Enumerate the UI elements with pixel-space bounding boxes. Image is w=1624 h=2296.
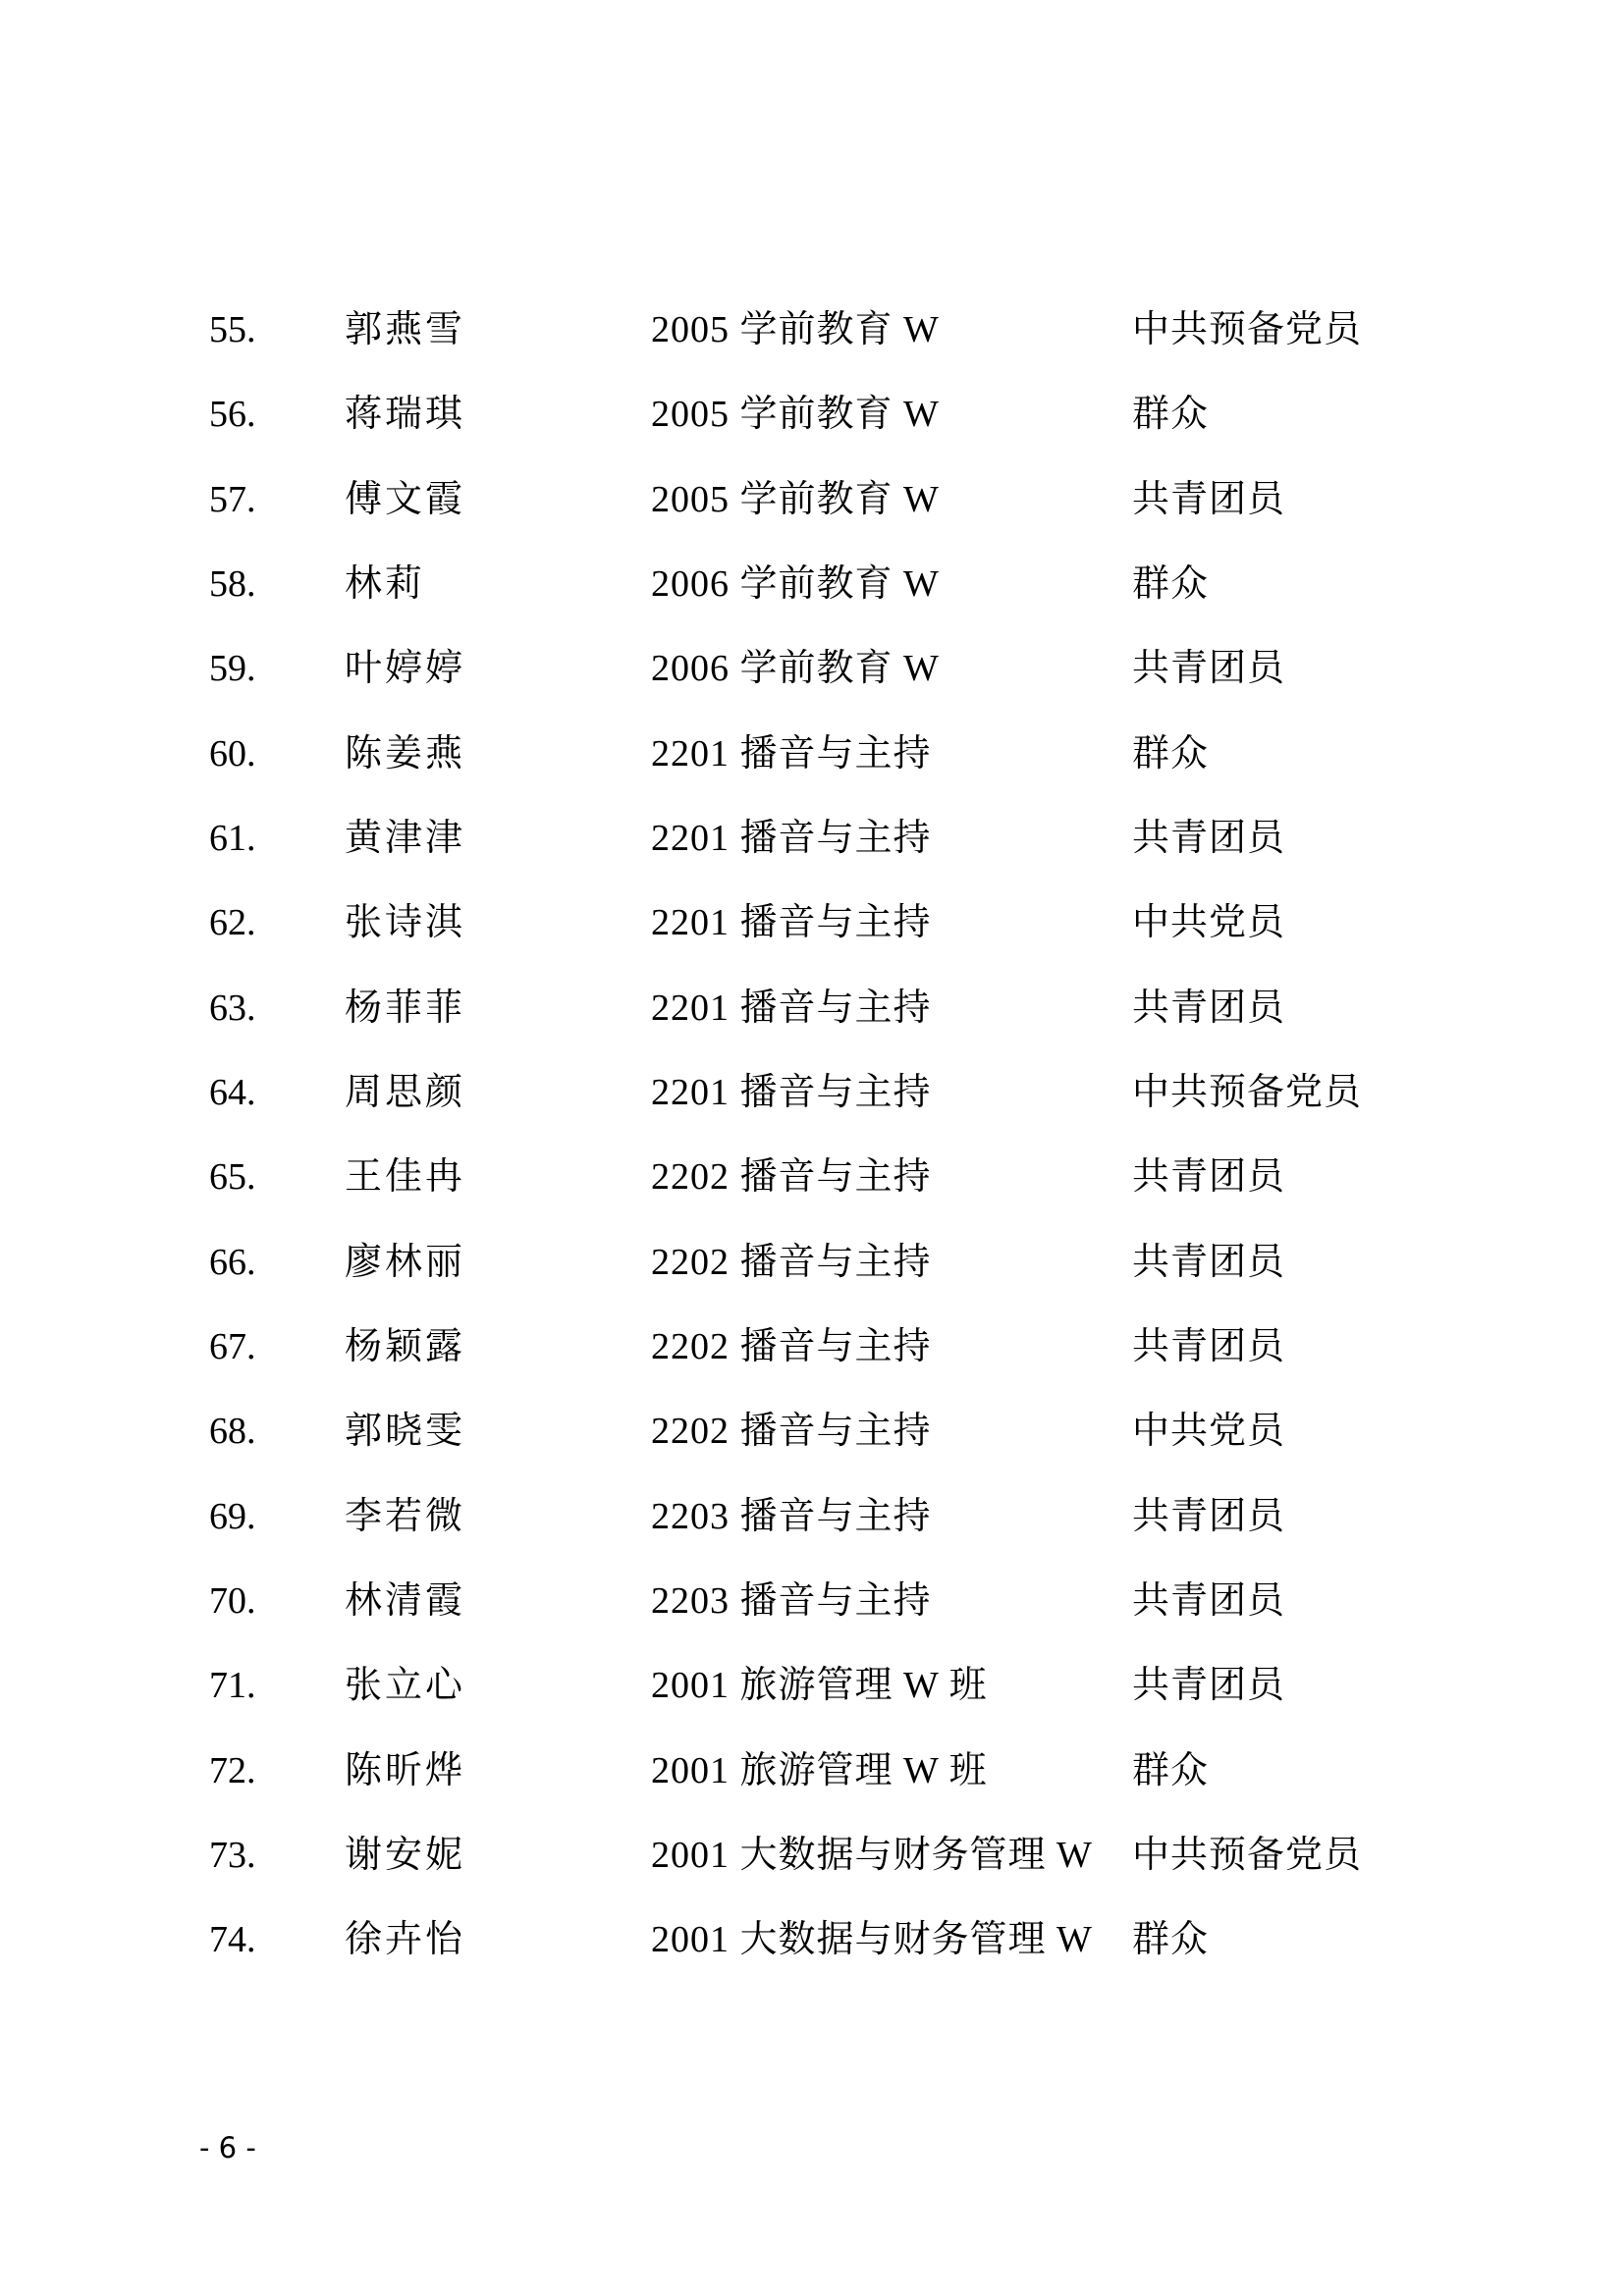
table-row: 69. 李若微 2203 播音与主持 共青团员: [0, 1489, 1624, 1544]
row-number: 57.: [209, 472, 256, 527]
student-name: 陈姜燕: [345, 726, 465, 781]
table-row: 74. 徐卉怡 2001 大数据与财务管理 W 群众: [0, 1912, 1624, 1967]
table-row: 66. 廖林丽 2202 播音与主持 共青团员: [0, 1235, 1624, 1290]
student-name: 谢安妮: [345, 1828, 465, 1883]
table-row: 73. 谢安妮 2001 大数据与财务管理 W 中共预备党员: [0, 1828, 1624, 1883]
political-status: 群众: [1132, 557, 1209, 612]
student-name: 王佳冉: [345, 1149, 465, 1204]
table-row: 61. 黄津津 2201 播音与主持 共青团员: [0, 811, 1624, 866]
table-row: 71. 张立心 2001 旅游管理 W 班 共青团员: [0, 1658, 1624, 1713]
political-status: 共青团员: [1132, 1235, 1285, 1290]
row-number: 56.: [209, 387, 256, 442]
class-label: 2201 播音与主持: [651, 726, 932, 781]
student-name: 李若微: [345, 1489, 465, 1544]
class-label: 2005 学前教育 W: [651, 472, 940, 527]
row-number: 59.: [209, 641, 256, 696]
row-number: 60.: [209, 726, 256, 781]
table-row: 64. 周思颜 2201 播音与主持 中共预备党员: [0, 1065, 1624, 1120]
row-number: 72.: [209, 1743, 256, 1798]
row-number: 62.: [209, 895, 256, 950]
class-label: 2001 旅游管理 W 班: [651, 1658, 988, 1713]
row-number: 68.: [209, 1404, 256, 1459]
row-number: 69.: [209, 1489, 256, 1544]
student-name: 廖林丽: [345, 1235, 465, 1290]
student-name: 杨菲菲: [345, 981, 465, 1036]
political-status: 群众: [1132, 387, 1209, 442]
document-page: 55. 郭燕雪 2005 学前教育 W 中共预备党员 56. 蒋瑞琪 2005 …: [0, 0, 1624, 2296]
page-number: - 6 -: [199, 2130, 256, 2165]
row-number: 58.: [209, 557, 256, 612]
class-label: 2001 大数据与财务管理 W: [651, 1912, 1093, 1967]
table-row: 72. 陈昕烨 2001 旅游管理 W 班 群众: [0, 1743, 1624, 1798]
political-status: 共青团员: [1132, 981, 1285, 1036]
student-name: 杨颖露: [345, 1319, 465, 1374]
student-name: 张诗淇: [345, 895, 465, 950]
table-row: 60. 陈姜燕 2201 播音与主持 群众: [0, 726, 1624, 781]
class-label: 2001 旅游管理 W 班: [651, 1743, 988, 1798]
political-status: 群众: [1132, 1743, 1209, 1798]
student-name: 郭燕雪: [345, 302, 465, 357]
row-number: 70.: [209, 1574, 256, 1629]
political-status: 群众: [1132, 726, 1209, 781]
student-name: 陈昕烨: [345, 1743, 465, 1798]
political-status: 共青团员: [1132, 472, 1285, 527]
political-status: 共青团员: [1132, 811, 1285, 866]
class-label: 2203 播音与主持: [651, 1574, 932, 1629]
student-name: 林莉: [345, 557, 425, 612]
class-label: 2001 大数据与财务管理 W: [651, 1828, 1093, 1883]
political-status: 中共党员: [1132, 895, 1285, 950]
class-label: 2202 播音与主持: [651, 1404, 932, 1459]
table-row: 57. 傅文霞 2005 学前教育 W 共青团员: [0, 472, 1624, 527]
class-label: 2202 播音与主持: [651, 1149, 932, 1204]
table-row: 58. 林莉 2006 学前教育 W 群众: [0, 557, 1624, 612]
student-name: 蒋瑞琪: [345, 387, 465, 442]
political-status: 中共预备党员: [1132, 302, 1362, 357]
row-number: 73.: [209, 1828, 256, 1883]
political-status: 共青团员: [1132, 1658, 1285, 1713]
student-name: 傅文霞: [345, 472, 465, 527]
table-row: 59. 叶婷婷 2006 学前教育 W 共青团员: [0, 641, 1624, 696]
class-label: 2201 播音与主持: [651, 1065, 932, 1120]
class-label: 2006 学前教育 W: [651, 641, 940, 696]
class-label: 2005 学前教育 W: [651, 302, 940, 357]
row-number: 63.: [209, 981, 256, 1036]
political-status: 共青团员: [1132, 641, 1285, 696]
student-name: 张立心: [345, 1658, 465, 1713]
political-status: 中共党员: [1132, 1404, 1285, 1459]
table-row: 63. 杨菲菲 2201 播音与主持 共青团员: [0, 981, 1624, 1036]
row-number: 74.: [209, 1912, 256, 1967]
table-row: 62. 张诗淇 2201 播音与主持 中共党员: [0, 895, 1624, 950]
table-row: 70. 林清霞 2203 播音与主持 共青团员: [0, 1574, 1624, 1629]
class-label: 2201 播音与主持: [651, 981, 932, 1036]
class-label: 2203 播音与主持: [651, 1489, 932, 1544]
political-status: 群众: [1132, 1912, 1209, 1967]
political-status: 中共预备党员: [1132, 1828, 1362, 1883]
table-row: 55. 郭燕雪 2005 学前教育 W 中共预备党员: [0, 302, 1624, 357]
row-number: 61.: [209, 811, 256, 866]
row-number: 67.: [209, 1319, 256, 1374]
table-row: 68. 郭晓雯 2202 播音与主持 中共党员: [0, 1404, 1624, 1459]
table-row: 67. 杨颖露 2202 播音与主持 共青团员: [0, 1319, 1624, 1374]
row-number: 65.: [209, 1149, 256, 1204]
political-status: 共青团员: [1132, 1489, 1285, 1544]
student-name: 黄津津: [345, 811, 465, 866]
class-label: 2005 学前教育 W: [651, 387, 940, 442]
political-status: 中共预备党员: [1132, 1065, 1362, 1120]
student-name: 徐卉怡: [345, 1912, 465, 1967]
class-label: 2202 播音与主持: [651, 1319, 932, 1374]
student-name: 郭晓雯: [345, 1404, 465, 1459]
class-label: 2006 学前教育 W: [651, 557, 940, 612]
table-row: 56. 蒋瑞琪 2005 学前教育 W 群众: [0, 387, 1624, 442]
row-number: 71.: [209, 1658, 256, 1713]
table-row: 65. 王佳冉 2202 播音与主持 共青团员: [0, 1149, 1624, 1204]
student-name: 周思颜: [345, 1065, 465, 1120]
row-number: 55.: [209, 302, 256, 357]
class-label: 2201 播音与主持: [651, 811, 932, 866]
row-number: 64.: [209, 1065, 256, 1120]
student-name: 叶婷婷: [345, 641, 465, 696]
class-label: 2202 播音与主持: [651, 1235, 932, 1290]
political-status: 共青团员: [1132, 1319, 1285, 1374]
student-name: 林清霞: [345, 1574, 465, 1629]
political-status: 共青团员: [1132, 1149, 1285, 1204]
row-number: 66.: [209, 1235, 256, 1290]
class-label: 2201 播音与主持: [651, 895, 932, 950]
political-status: 共青团员: [1132, 1574, 1285, 1629]
